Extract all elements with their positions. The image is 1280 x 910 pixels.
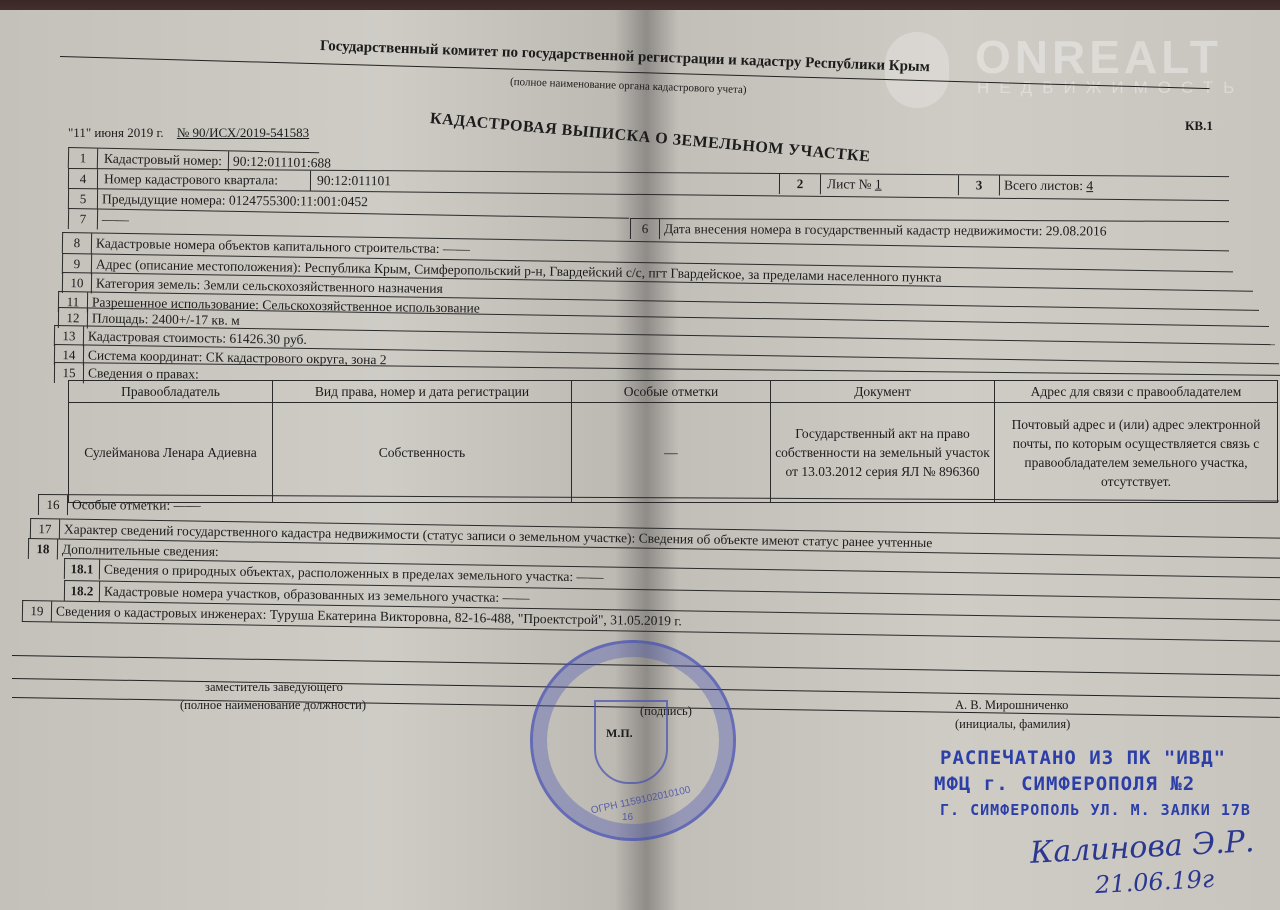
- special-notes: Особые отметки: ——: [68, 497, 201, 514]
- row-7-value: ——: [98, 212, 129, 229]
- row-number: 18.1: [65, 559, 100, 580]
- row-number: 5: [69, 189, 98, 209]
- crimea-coat-of-arms-icon: [594, 700, 668, 784]
- registration-date: Дата внесения номера в государственный к…: [660, 221, 1107, 239]
- stamp-line-3: Г. СИМФЕРОПОЛЬ УЛ. М. ЗАЛКИ 17В: [940, 797, 1251, 823]
- row-number: 3: [959, 175, 1000, 195]
- row-registration-date: 6 Дата внесения номера в государственный…: [630, 218, 1229, 242]
- previous-numbers: Предыдущие номера: 0124755300:11:001:045…: [98, 191, 368, 210]
- watermark-brand: ONREALT: [975, 30, 1244, 84]
- additional-info-label: Дополнительные сведения:: [58, 541, 219, 560]
- seal-place-mark: М.П.: [606, 726, 633, 741]
- stamp-line-2: МФЦ г. СИМФЕРОПОЛЯ №2: [934, 771, 1251, 797]
- sheet-label: Лист №: [827, 176, 872, 192]
- column-header: Вид права, номер и дата регистрации: [273, 381, 572, 403]
- signer-position: заместитель заведующего: [205, 680, 343, 695]
- rights-table: Правообладатель Вид права, номер и дата …: [68, 380, 1278, 503]
- row-number: 4: [69, 169, 98, 189]
- issue-date-line: "11" июня 2019 г. № 90/ИСХ/2019-541583: [68, 125, 309, 141]
- right-type: Собственность: [273, 403, 572, 503]
- row-number: 19: [23, 601, 52, 621]
- seal-number: 16: [622, 812, 633, 823]
- row-number: 1: [69, 148, 98, 169]
- row-number: 2: [780, 174, 821, 194]
- row-number: 18.2: [65, 581, 100, 602]
- total-sheets-label: Всего листов:: [1004, 178, 1083, 194]
- table-row: Сулейманова Ленара Адиевна Собственность…: [69, 403, 1278, 503]
- row-number: 18: [29, 539, 58, 559]
- right-notes: —: [572, 403, 771, 503]
- signer-name-caption: (инициалы, фамилия): [955, 717, 1070, 732]
- right-holder: Сулейманова Ленара Адиевна: [69, 403, 273, 503]
- column-header: Правообладатель: [69, 381, 273, 403]
- mfc-stamp: РАСПЕЧАТАНО ИЗ ПК "ИВД" МФЦ г. СИМФЕРОПО…: [940, 745, 1251, 823]
- stamp-line-1: РАСПЕЧАТАНО ИЗ ПК "ИВД": [940, 745, 1251, 771]
- outgoing-number: № 90/ИСХ/2019-541583: [177, 125, 309, 140]
- row-number: 16: [39, 495, 68, 515]
- row-number: 8: [63, 233, 92, 253]
- total-sheets-value: 4: [1086, 178, 1093, 193]
- signer-name: А. В. Мирошниченко: [955, 698, 1068, 713]
- rights-table-header: Правообладатель Вид права, номер и дата …: [69, 381, 1278, 403]
- issue-date: "11" июня 2019 г.: [68, 125, 164, 140]
- row-number: 7: [69, 209, 98, 230]
- sheet-number: 1: [875, 177, 882, 193]
- column-header: Особые отметки: [572, 381, 771, 403]
- right-document: Государственный акт на право собственнос…: [771, 403, 995, 503]
- row-number: 17: [31, 519, 60, 539]
- quarter-number-label: Номер кадастрового квартала:: [98, 169, 311, 190]
- row-number: 6: [631, 219, 660, 239]
- column-header: Адрес для связи с правообладателем: [995, 381, 1278, 403]
- right-contact: Почтовый адрес и (или) адрес электронной…: [995, 403, 1278, 503]
- column-header: Документ: [771, 381, 995, 403]
- form-code: КВ.1: [1185, 118, 1213, 134]
- signer-position-caption: (полное наименование должности): [180, 698, 366, 713]
